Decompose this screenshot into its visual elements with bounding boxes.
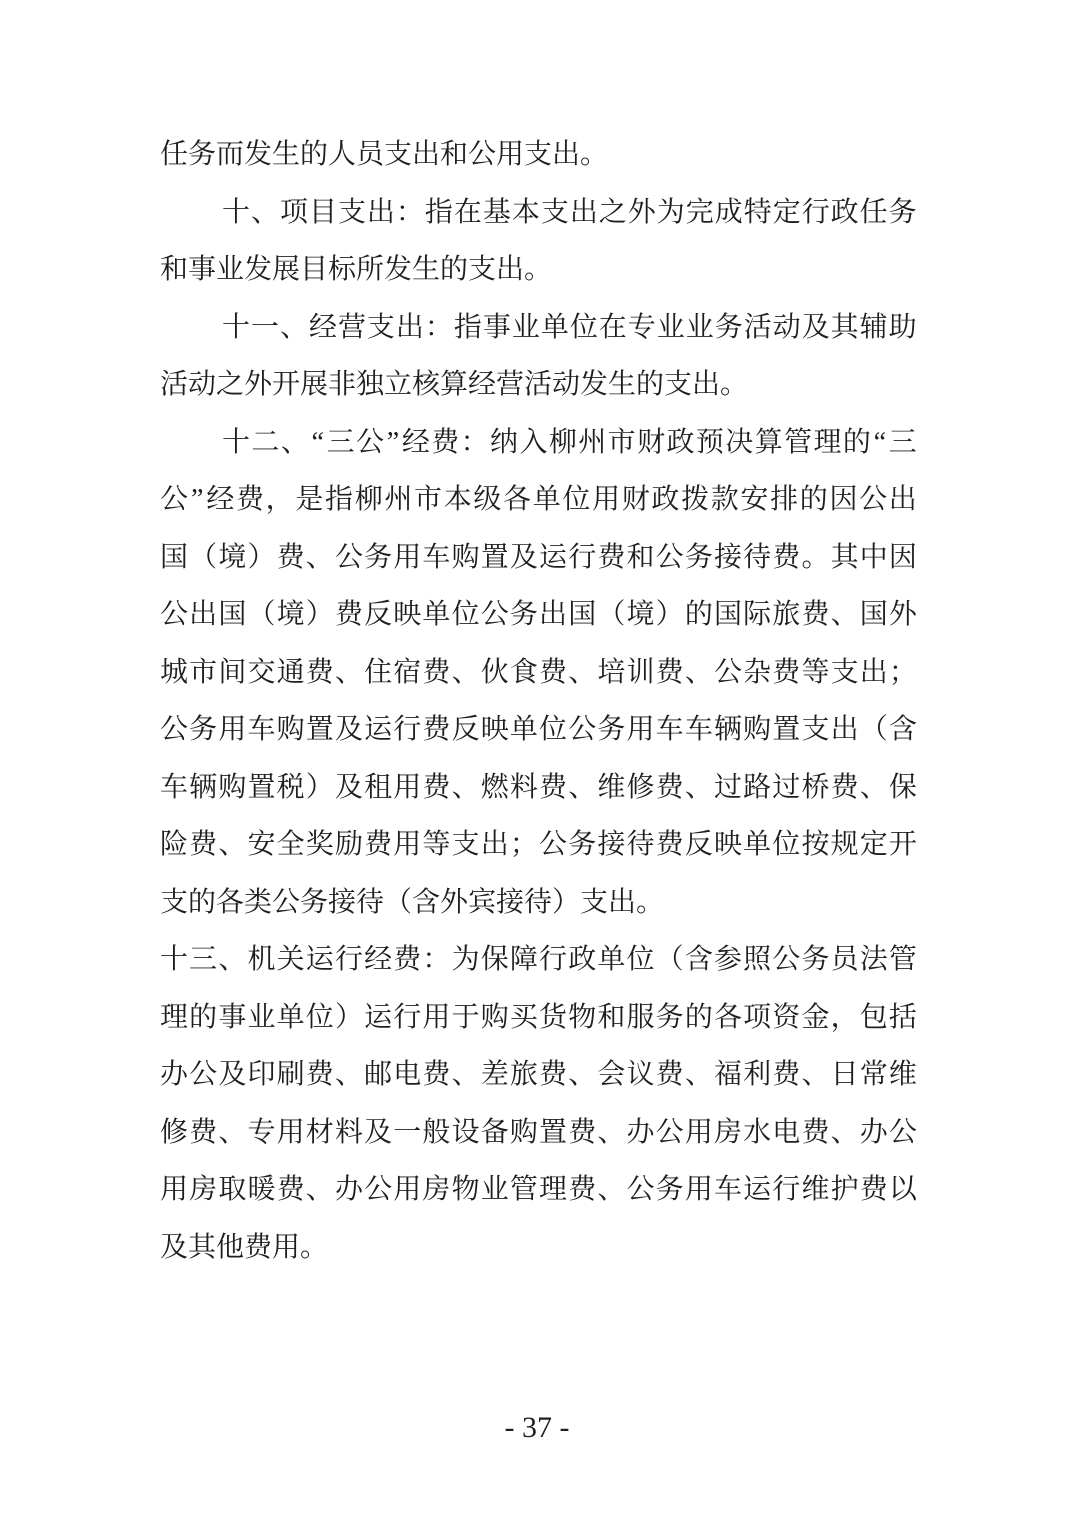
text-line: 和事业发展目标所发生的支出。 — [160, 241, 917, 299]
text-line: 险费、安全奖励费用等支出；公务接待费反映单位按规定开 — [160, 816, 917, 874]
text-line: 十二、“三公”经费：纳入柳州市财政预决算管理的“三 — [160, 414, 917, 472]
text-line: 公出国（境）费反映单位公务出国（境）的国际旅费、国外 — [160, 586, 917, 644]
text-line: 十、项目支出：指在基本支出之外为完成特定行政任务 — [160, 184, 917, 242]
body-text: 任务而发生的人员支出和公用支出。十、项目支出：指在基本支出之外为完成特定行政任务… — [160, 126, 917, 1276]
document-page: 任务而发生的人员支出和公用支出。十、项目支出：指在基本支出之外为完成特定行政任务… — [0, 0, 1074, 1520]
text-line: 公务用车购置及运行费反映单位公务用车车辆购置支出（含 — [160, 701, 917, 759]
text-line: 公”经费，是指柳州市本级各单位用财政拨款安排的因公出 — [160, 471, 917, 529]
text-line: 城市间交通费、住宿费、伙食费、培训费、公杂费等支出； — [160, 644, 917, 702]
text-line: 车辆购置税）及租用费、燃料费、维修费、过路过桥费、保 — [160, 759, 917, 817]
text-line: 支的各类公务接待（含外宾接待）支出。 — [160, 874, 917, 932]
text-line: 十三、机关运行经费：为保障行政单位（含参照公务员法管 — [160, 931, 917, 989]
text-line: 及其他费用。 — [160, 1219, 917, 1277]
page-footer: - 37 - — [0, 1410, 1074, 1446]
text-line: 活动之外开展非独立核算经营活动发生的支出。 — [160, 356, 917, 414]
text-line: 修费、专用材料及一般设备购置费、办公用房水电费、办公 — [160, 1104, 917, 1162]
text-line: 国（境）费、公务用车购置及运行费和公务接待费。其中因 — [160, 529, 917, 587]
text-line: 任务而发生的人员支出和公用支出。 — [160, 126, 917, 184]
text-line: 十一、经营支出：指事业单位在专业业务活动及其辅助 — [160, 299, 917, 357]
text-line: 办公及印刷费、邮电费、差旅费、会议费、福利费、日常维 — [160, 1046, 917, 1104]
text-line: 用房取暖费、办公用房物业管理费、公务用车运行维护费以 — [160, 1161, 917, 1219]
page-number: - 37 - — [505, 1411, 570, 1444]
text-line: 理的事业单位）运行用于购买货物和服务的各项资金，包括 — [160, 989, 917, 1047]
